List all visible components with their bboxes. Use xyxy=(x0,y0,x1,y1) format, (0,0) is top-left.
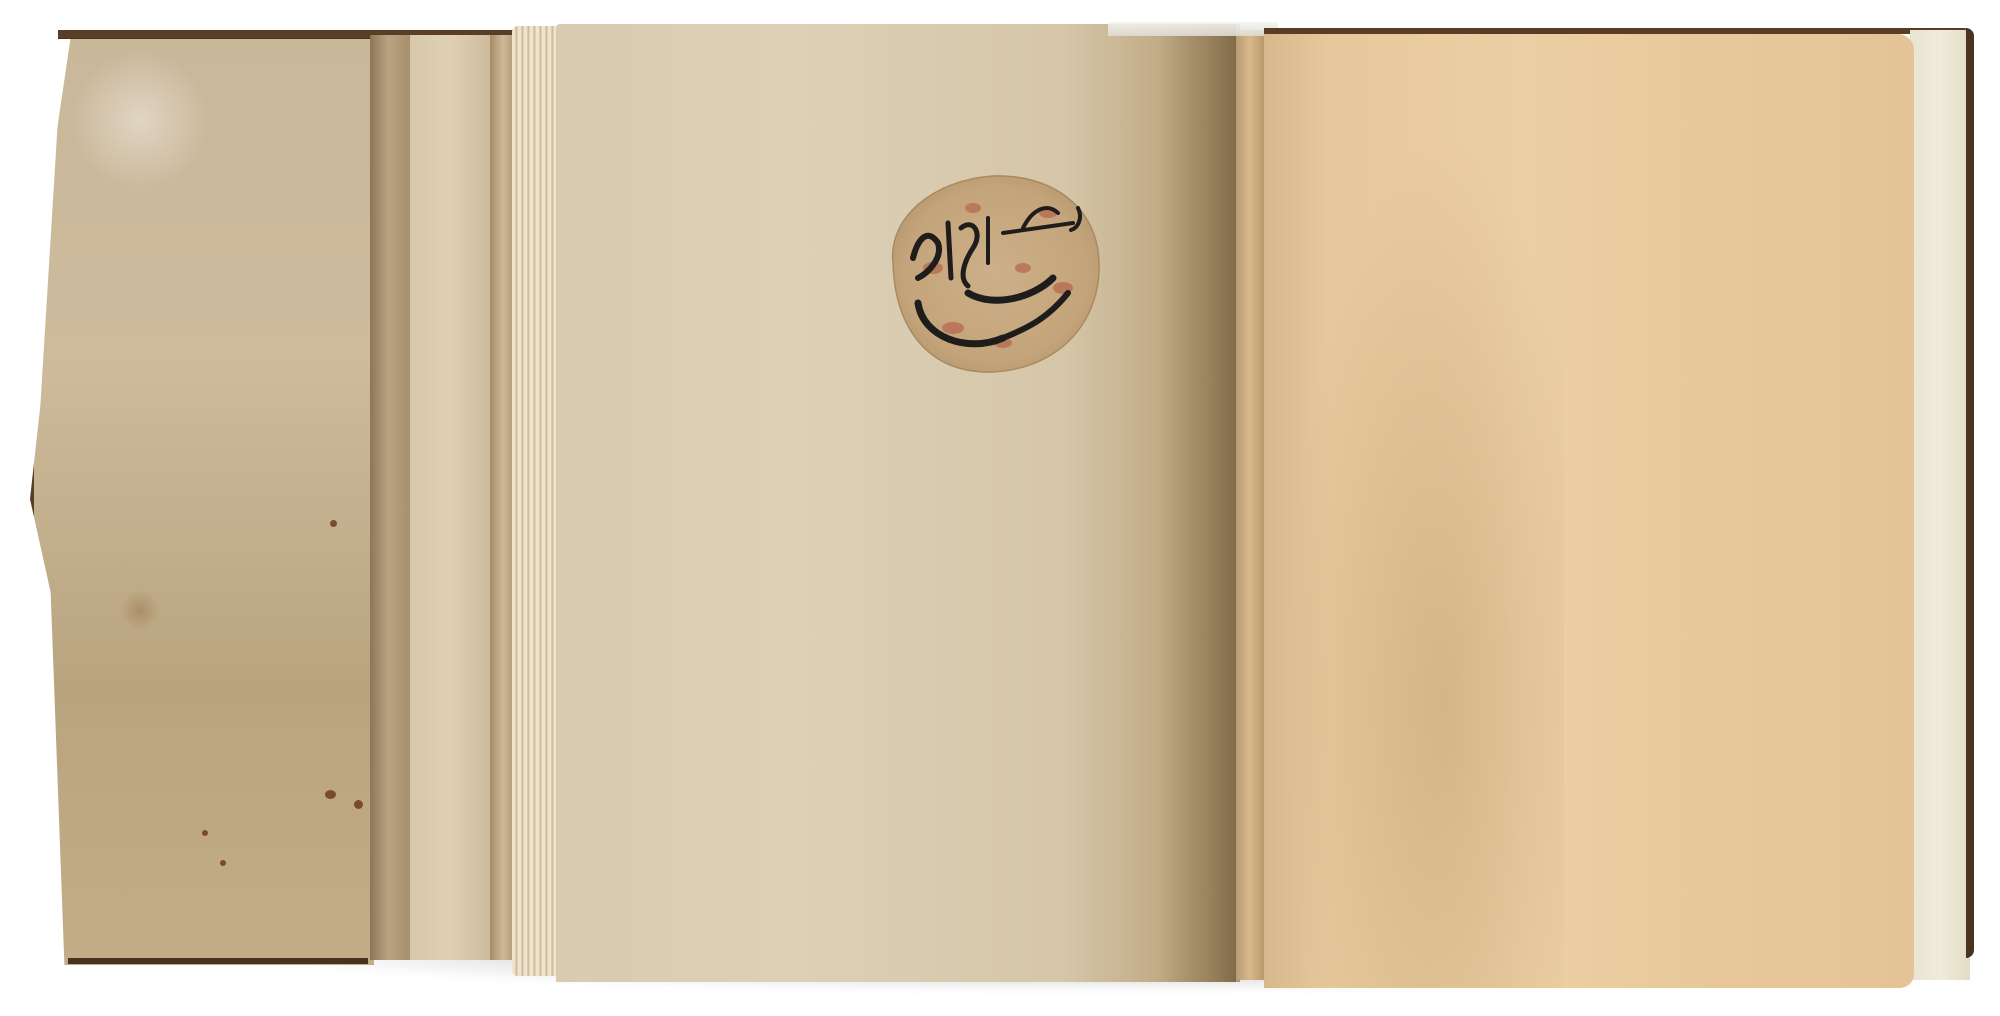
spine-panel xyxy=(410,35,490,960)
right-page-shading xyxy=(1264,34,1564,988)
foxing-spot xyxy=(354,800,363,809)
gutter-strip xyxy=(1236,30,1264,980)
calligraphy-icon xyxy=(873,168,1105,378)
spine-fold-dark xyxy=(370,35,410,960)
spine-fold-inner xyxy=(490,35,512,960)
foxing-spot xyxy=(202,830,208,836)
page-stack-edges xyxy=(512,26,560,976)
foxing-spot xyxy=(330,520,337,527)
foxing-spot xyxy=(220,860,226,866)
calligraphy-medallion: Arabic calligraphy (nasta'liq style) in … xyxy=(873,168,1105,378)
gutter-shadow xyxy=(1160,24,1240,982)
flap-water-stain xyxy=(120,590,160,630)
cover-bottom-edge xyxy=(68,958,368,964)
tape-strip xyxy=(1108,22,1278,36)
right-board-edge xyxy=(1966,28,1974,958)
foxing-spot xyxy=(325,790,336,799)
flap-worn-area xyxy=(70,50,210,190)
endleaf xyxy=(1910,30,1970,980)
left-cover-flap xyxy=(30,33,374,965)
